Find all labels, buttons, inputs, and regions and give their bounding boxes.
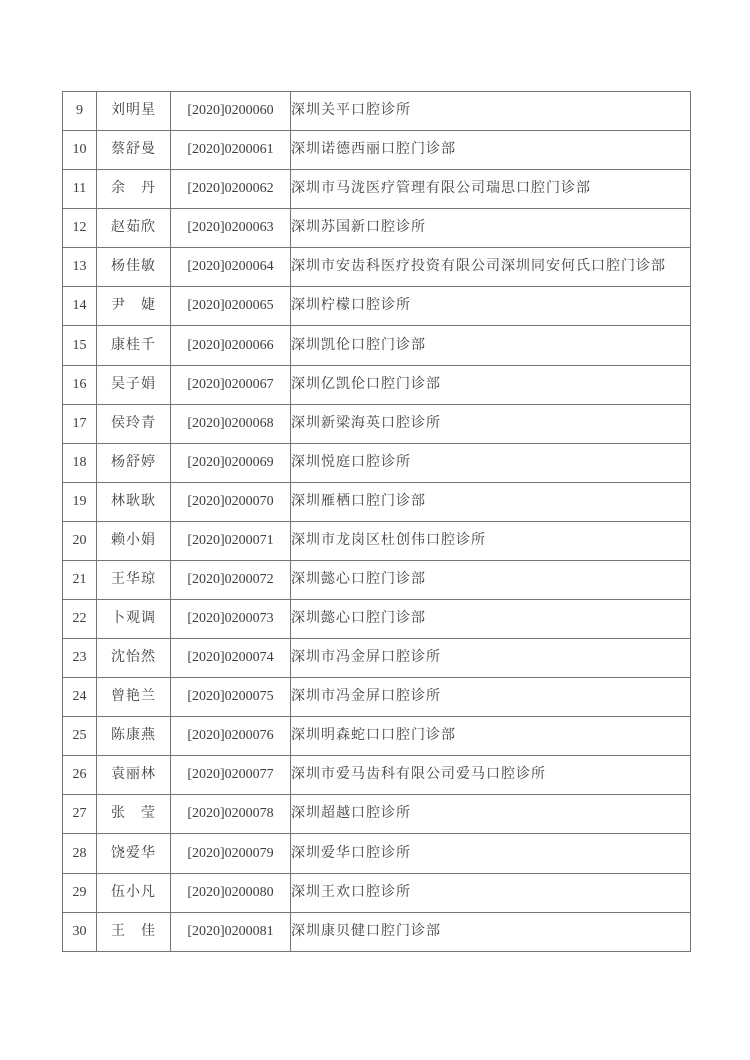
- organization-cell: 深圳市龙岗区杜创伟口腔诊所: [291, 521, 691, 560]
- organization-cell: 深圳市安齿科医疗投资有限公司深圳同安何氏口腔门诊部: [291, 248, 691, 287]
- person-name-cell: 林耿耿: [97, 482, 171, 521]
- organization-cell: 深圳超越口腔诊所: [291, 795, 691, 834]
- approval-code-cell: [2020]0200072: [171, 560, 291, 599]
- person-name-cell: 沈怡然: [97, 639, 171, 678]
- organization-cell: 深圳懿心口腔门诊部: [291, 600, 691, 639]
- person-name-cell: 王华琼: [97, 560, 171, 599]
- approval-code-cell: [2020]0200069: [171, 443, 291, 482]
- approval-code-cell: [2020]0200071: [171, 521, 291, 560]
- approval-code-cell: [2020]0200068: [171, 404, 291, 443]
- row-number-cell: 24: [63, 678, 97, 717]
- table-row: 9刘明星[2020]0200060深圳关平口腔诊所: [63, 92, 691, 131]
- table-row: 21王华琼[2020]0200072深圳懿心口腔门诊部: [63, 560, 691, 599]
- row-number-cell: 21: [63, 560, 97, 599]
- row-number-cell: 20: [63, 521, 97, 560]
- organization-cell: 深圳雁栖口腔门诊部: [291, 482, 691, 521]
- table-row: 16吴子娟[2020]0200067深圳亿凯伦口腔门诊部: [63, 365, 691, 404]
- row-number-cell: 15: [63, 326, 97, 365]
- person-name-cell: 余 丹: [97, 170, 171, 209]
- row-number-cell: 9: [63, 92, 97, 131]
- table-row: 20赖小娟[2020]0200071深圳市龙岗区杜创伟口腔诊所: [63, 521, 691, 560]
- row-number-cell: 28: [63, 834, 97, 873]
- row-number-cell: 22: [63, 600, 97, 639]
- approval-code-cell: [2020]0200061: [171, 131, 291, 170]
- organization-cell: 深圳诺德西丽口腔门诊部: [291, 131, 691, 170]
- table-row: 12赵茹欣[2020]0200063深圳苏国新口腔诊所: [63, 209, 691, 248]
- table-row: 17侯玲青[2020]0200068深圳新梁海英口腔诊所: [63, 404, 691, 443]
- table-row: 27张 莹[2020]0200078深圳超越口腔诊所: [63, 795, 691, 834]
- row-number-cell: 19: [63, 482, 97, 521]
- approval-code-cell: [2020]0200067: [171, 365, 291, 404]
- row-number-cell: 13: [63, 248, 97, 287]
- row-number-cell: 12: [63, 209, 97, 248]
- table-row: 19林耿耿[2020]0200070深圳雁栖口腔门诊部: [63, 482, 691, 521]
- row-number-cell: 11: [63, 170, 97, 209]
- organization-cell: 深圳亿凯伦口腔门诊部: [291, 365, 691, 404]
- table-row: 23沈怡然[2020]0200074深圳市冯金屏口腔诊所: [63, 639, 691, 678]
- approval-code-cell: [2020]0200081: [171, 912, 291, 951]
- organization-cell: 深圳康贝健口腔门诊部: [291, 912, 691, 951]
- organization-cell: 深圳明森蛇口口腔门诊部: [291, 717, 691, 756]
- person-name-cell: 尹 婕: [97, 287, 171, 326]
- approval-code-cell: [2020]0200064: [171, 248, 291, 287]
- table-row: 28饶爱华[2020]0200079深圳爱华口腔诊所: [63, 834, 691, 873]
- table-row: 18杨舒婷[2020]0200069深圳悦庭口腔诊所: [63, 443, 691, 482]
- approval-code-cell: [2020]0200063: [171, 209, 291, 248]
- person-name-cell: 康桂千: [97, 326, 171, 365]
- person-name-cell: 赖小娟: [97, 521, 171, 560]
- organization-cell: 深圳市爱马齿科有限公司爱马口腔诊所: [291, 756, 691, 795]
- person-name-cell: 杨舒婷: [97, 443, 171, 482]
- organization-cell: 深圳关平口腔诊所: [291, 92, 691, 131]
- table-row: 22卜观调[2020]0200073深圳懿心口腔门诊部: [63, 600, 691, 639]
- person-name-cell: 张 莹: [97, 795, 171, 834]
- person-name-cell: 饶爱华: [97, 834, 171, 873]
- person-name-cell: 吴子娟: [97, 365, 171, 404]
- person-name-cell: 伍小凡: [97, 873, 171, 912]
- row-number-cell: 16: [63, 365, 97, 404]
- organization-cell: 深圳市马泷医疗管理有限公司瑞思口腔门诊部: [291, 170, 691, 209]
- organization-cell: 深圳柠檬口腔诊所: [291, 287, 691, 326]
- row-number-cell: 17: [63, 404, 97, 443]
- table-row: 10蔡舒曼[2020]0200061深圳诺德西丽口腔门诊部: [63, 131, 691, 170]
- approval-code-cell: [2020]0200076: [171, 717, 291, 756]
- approval-code-cell: [2020]0200075: [171, 678, 291, 717]
- person-name-cell: 曾艳兰: [97, 678, 171, 717]
- person-name-cell: 赵茹欣: [97, 209, 171, 248]
- registry-table: 9刘明星[2020]0200060深圳关平口腔诊所10蔡舒曼[2020]0200…: [62, 91, 691, 952]
- person-name-cell: 卜观调: [97, 600, 171, 639]
- approval-code-cell: [2020]0200062: [171, 170, 291, 209]
- table-row: 30王 佳[2020]0200081深圳康贝健口腔门诊部: [63, 912, 691, 951]
- approval-code-cell: [2020]0200079: [171, 834, 291, 873]
- person-name-cell: 蔡舒曼: [97, 131, 171, 170]
- organization-cell: 深圳苏国新口腔诊所: [291, 209, 691, 248]
- organization-cell: 深圳懿心口腔门诊部: [291, 560, 691, 599]
- row-number-cell: 25: [63, 717, 97, 756]
- approval-code-cell: [2020]0200065: [171, 287, 291, 326]
- row-number-cell: 23: [63, 639, 97, 678]
- table-row: 14尹 婕[2020]0200065深圳柠檬口腔诊所: [63, 287, 691, 326]
- row-number-cell: 14: [63, 287, 97, 326]
- approval-code-cell: [2020]0200078: [171, 795, 291, 834]
- table-row: 15康桂千[2020]0200066深圳凯伦口腔门诊部: [63, 326, 691, 365]
- organization-cell: 深圳新梁海英口腔诊所: [291, 404, 691, 443]
- row-number-cell: 26: [63, 756, 97, 795]
- registry-table-body: 9刘明星[2020]0200060深圳关平口腔诊所10蔡舒曼[2020]0200…: [63, 92, 691, 952]
- approval-code-cell: [2020]0200060: [171, 92, 291, 131]
- approval-code-cell: [2020]0200073: [171, 600, 291, 639]
- row-number-cell: 27: [63, 795, 97, 834]
- table-row: 24曾艳兰[2020]0200075深圳市冯金屏口腔诊所: [63, 678, 691, 717]
- row-number-cell: 18: [63, 443, 97, 482]
- person-name-cell: 杨佳敏: [97, 248, 171, 287]
- approval-code-cell: [2020]0200077: [171, 756, 291, 795]
- row-number-cell: 10: [63, 131, 97, 170]
- approval-code-cell: [2020]0200070: [171, 482, 291, 521]
- person-name-cell: 王 佳: [97, 912, 171, 951]
- organization-cell: 深圳凯伦口腔门诊部: [291, 326, 691, 365]
- row-number-cell: 29: [63, 873, 97, 912]
- organization-cell: 深圳悦庭口腔诊所: [291, 443, 691, 482]
- person-name-cell: 刘明星: [97, 92, 171, 131]
- table-row: 11余 丹[2020]0200062深圳市马泷医疗管理有限公司瑞思口腔门诊部: [63, 170, 691, 209]
- organization-cell: 深圳爱华口腔诊所: [291, 834, 691, 873]
- organization-cell: 深圳市冯金屏口腔诊所: [291, 639, 691, 678]
- table-row: 13杨佳敏[2020]0200064深圳市安齿科医疗投资有限公司深圳同安何氏口腔…: [63, 248, 691, 287]
- approval-code-cell: [2020]0200074: [171, 639, 291, 678]
- approval-code-cell: [2020]0200066: [171, 326, 291, 365]
- organization-cell: 深圳王欢口腔诊所: [291, 873, 691, 912]
- row-number-cell: 30: [63, 912, 97, 951]
- table-row: 25陈康燕[2020]0200076深圳明森蛇口口腔门诊部: [63, 717, 691, 756]
- table-row: 29伍小凡[2020]0200080深圳王欢口腔诊所: [63, 873, 691, 912]
- person-name-cell: 陈康燕: [97, 717, 171, 756]
- table-row: 26袁丽林[2020]0200077深圳市爱马齿科有限公司爱马口腔诊所: [63, 756, 691, 795]
- organization-cell: 深圳市冯金屏口腔诊所: [291, 678, 691, 717]
- approval-code-cell: [2020]0200080: [171, 873, 291, 912]
- person-name-cell: 袁丽林: [97, 756, 171, 795]
- person-name-cell: 侯玲青: [97, 404, 171, 443]
- document-page: 9刘明星[2020]0200060深圳关平口腔诊所10蔡舒曼[2020]0200…: [0, 0, 750, 1060]
